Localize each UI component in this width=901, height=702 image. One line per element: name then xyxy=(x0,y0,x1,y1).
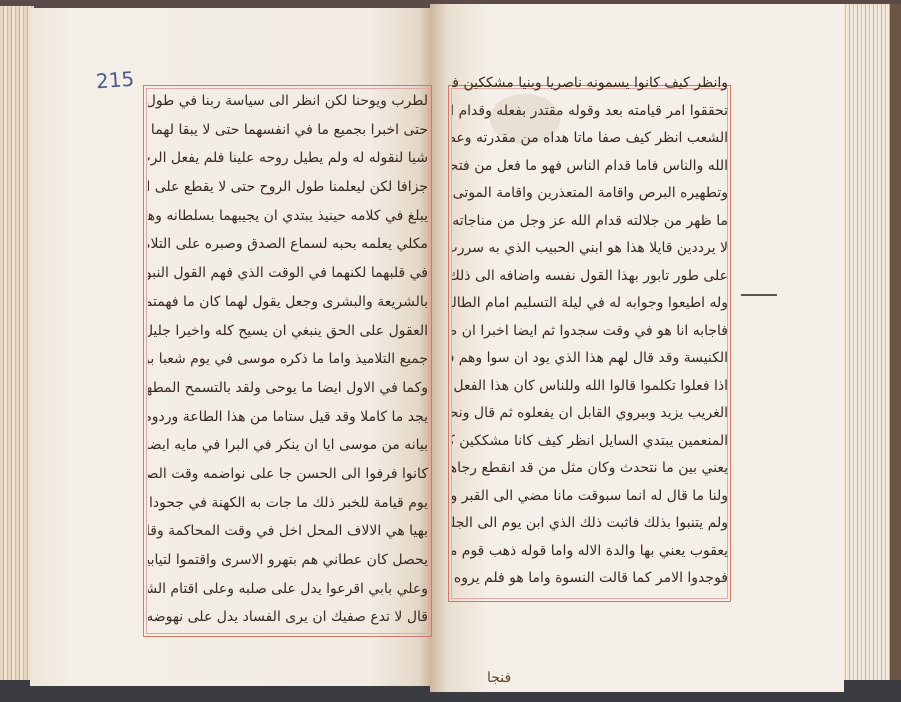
manuscript-line: وله اطيعوا وجوابه له في ليلة التسليم اما… xyxy=(452,290,728,318)
manuscript-line: فوجدوا الامر كما قالت النسوة واما هو فلم… xyxy=(452,565,728,593)
manuscript-line: الشعب انظر كيف صفا ماتا هداه من مقدرته و… xyxy=(452,125,728,153)
book-cover-right xyxy=(890,4,901,702)
right-text-block: وانظر كيف كانوا يسمونه ناصريا وبنيا مشكك… xyxy=(452,70,728,593)
manuscript-line: يوم قيامة للخبر ذلك ما جات به الكهنة في … xyxy=(148,490,428,519)
manuscript-line: بالشريعة والبشرى وجعل يقول لهما كان ما ف… xyxy=(148,289,428,318)
catchword: فنجا xyxy=(487,670,511,686)
page-edges-left xyxy=(0,6,34,686)
manuscript-line: يعني بين ما نتحدث وكان مثل من قد انقطع ر… xyxy=(452,455,728,483)
manuscript-line: في قلبهما لكنهما في الوقت الذي فهم القول… xyxy=(148,260,428,289)
manuscript-line: وعلي بابي اقرعوا يدل على صلبه وعلى اقتام… xyxy=(148,576,428,605)
manuscript-line: كانوا فرفوا الى الحسن جا على نواضمه وقت … xyxy=(148,461,428,490)
manuscript-line: قال لا تدع صفيك ان يرى الفساد يدل على نه… xyxy=(148,604,428,633)
manuscript-line: الله والناس فاما قدام الناس فهو ما فعل م… xyxy=(452,153,728,181)
manuscript-line: فاجابه انا هو في وقت سجدوا ثم ايضا اخبرا… xyxy=(452,318,728,346)
manuscript-line: الغريب يزيد وبيروي القابل ان يفعلوه ثم ق… xyxy=(452,400,728,428)
manuscript-line: يبلغ في كلامه حينيذ يبتدي ان يجيبهما بسل… xyxy=(148,203,428,232)
manuscript-line: العقول على الحق ينبغي ان يسيح كله واخيرا… xyxy=(148,318,428,347)
page-edges-right xyxy=(842,4,890,694)
manuscript-line: جزافا لكن ليعلمنا طول الروح حتى لا يقطع … xyxy=(148,174,428,203)
left-text-block: لطرب ويوحنا لكن انظر الى سياسة ربنا في ط… xyxy=(148,88,428,633)
manuscript-line: وانظر كيف كانوا يسمونه ناصريا وبنيا مشكك… xyxy=(452,70,728,98)
manuscript-line: بيانه من موسى ايا ان ينكر في البرا في ما… xyxy=(148,432,428,461)
folio-number: 215 xyxy=(95,67,135,94)
manuscript-line: مكلي يعلمه بحبه لسماع الصدق وصبره على ال… xyxy=(148,231,428,260)
manuscript-line: ما ظهر من جلالته قدام الله عز وجل من منا… xyxy=(452,208,728,236)
manuscript-line: يعقوب يعني بها والدة الاله واما قوله ذهب… xyxy=(452,538,728,566)
manuscript-line: يجد ما كاملا وقد قيل ستاما من هذا الطاعة… xyxy=(148,404,428,433)
manuscript-line: شيا لنقوله له ولم يطيل روحه علينا فلم يف… xyxy=(148,145,428,174)
manuscript-line: المنعمين يبتدي السايل انظر كيف كانا مشكك… xyxy=(452,428,728,456)
manuscript-line: حتى اخبرا بجميع ما في انفسهما حتى لا يبق… xyxy=(148,117,428,146)
manuscript-line: على طور تابور بهذا القول نفسه واضافه الى… xyxy=(452,263,728,291)
manuscript-line: ولم يتنبوا بذلك فاثبت ذلك الذي ابن يوم ا… xyxy=(452,510,728,538)
manuscript-line: اذا فعلوا تكلموا قالوا الله وللناس كان ه… xyxy=(452,373,728,401)
manuscript-line: لا يرددين قايلا هذا هو ابني الحبيب الذي … xyxy=(452,235,728,263)
manuscript-line: لطرب ويوحنا لكن انظر الى سياسة ربنا في ط… xyxy=(148,88,428,117)
manuscript-line: وكما في الاول ايضا ما يوحى ولقد بالتسمح … xyxy=(148,375,428,404)
manuscript-line: جميع التلاميذ واما ما ذكره موسى في يوم ش… xyxy=(148,346,428,375)
manuscript-line: وتطهيره البرص واقامة المتعذرين واقامة ال… xyxy=(452,180,728,208)
manuscript-line: الكنيسة وقد قال لهم هذا الذي يود ان سوا … xyxy=(452,345,728,373)
manuscript-line: ولنا ما قال له انما سبوقت مانا مضي الى ا… xyxy=(452,483,728,511)
manuscript-line: يحصل كان عطاني هم بتهرو الاسرى واقتموا ل… xyxy=(148,547,428,576)
margin-pointer-line xyxy=(741,294,777,296)
manuscript-line: تحققوا امر قيامته بعد وقوله مقتدر بفعله … xyxy=(452,98,728,126)
manuscript-line: بهيا هي الالاف المحل اخل في وقت المحاكمة… xyxy=(148,518,428,547)
